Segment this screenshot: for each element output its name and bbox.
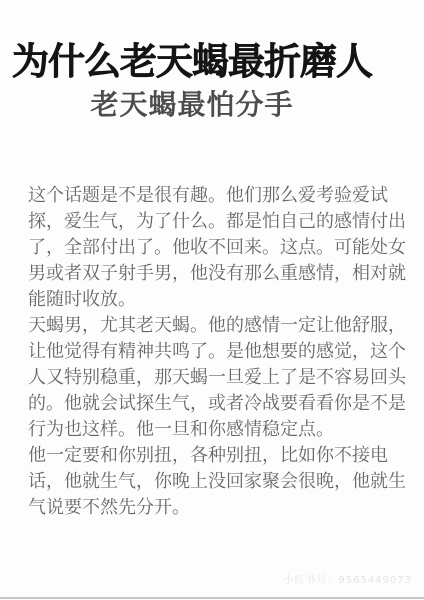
body-text: 这个话题是不是很有趣。他们那么爱考验爱试 探，爱生气，为了什么。都是怕自己的感情… bbox=[0, 183, 424, 521]
body-paragraph: 天蝎男，尤其老天蝎。他的感情一定让他舒服， 让他觉得有精神共鸣了。是他想要的感觉… bbox=[28, 313, 406, 443]
body-paragraph: 他一定要和你别扭，各种别扭，比如你不接电 话，他就生气，你晚上没回家聚会很晚，他… bbox=[28, 443, 406, 521]
post-image: 为什么老天蝎最折磨人 老天蝎最怕分手 这个话题是不是很有趣。他们那么爱考验爱试 … bbox=[0, 0, 424, 600]
page-title: 为什么老天蝎最折磨人 bbox=[0, 40, 384, 84]
bottom-divider bbox=[0, 597, 424, 599]
page-subtitle: 老天蝎最怕分手 bbox=[0, 90, 384, 121]
body-paragraph: 这个话题是不是很有趣。他们那么爱考验爱试 探，爱生气，为了什么。都是怕自己的感情… bbox=[28, 183, 406, 313]
watermark-text: 小红书号：9565449073 bbox=[283, 571, 412, 586]
header: 为什么老天蝎最折磨人 老天蝎最怕分手 bbox=[0, 40, 384, 121]
